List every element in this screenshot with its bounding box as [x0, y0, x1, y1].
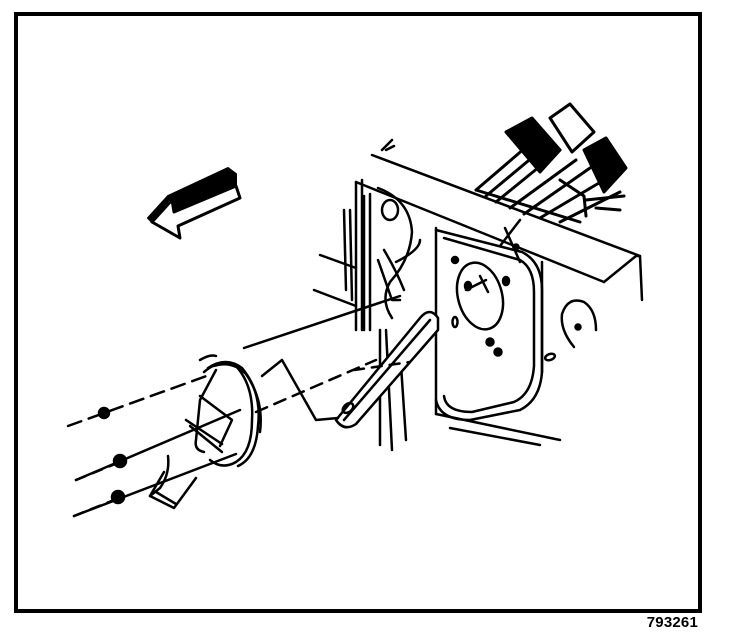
- nut-icon: [114, 455, 126, 467]
- steering-column-upper: [476, 104, 626, 222]
- column-opening: [450, 245, 556, 362]
- figure-id-label: 793261: [647, 614, 698, 631]
- nut-icon: [112, 491, 124, 503]
- intermediate-shaft: [244, 296, 438, 427]
- nut-icon: [99, 408, 109, 418]
- panel-access-hole: [562, 301, 596, 348]
- arrow-left-forward-icon: [148, 168, 240, 238]
- exploded-view-illustration: [0, 0, 736, 644]
- column-seal-boot: [150, 356, 261, 509]
